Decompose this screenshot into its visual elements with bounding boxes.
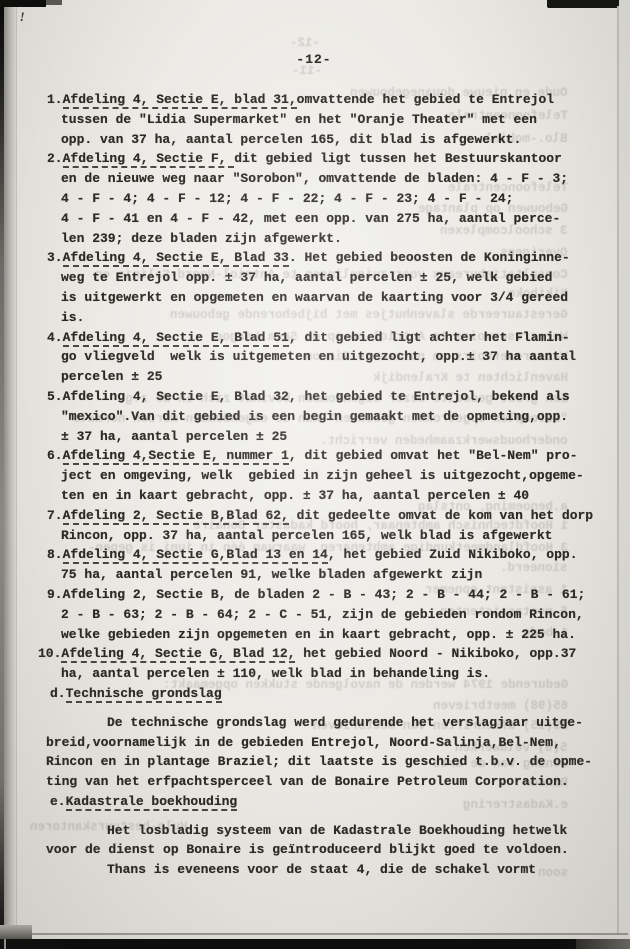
text-line: ha, aantal percelen ± 110, welk blad in … (38, 664, 594, 684)
text-segment: ± 37 ha, aantal percelen ± 25 (61, 429, 287, 444)
scan-edge-bottom-fade (576, 939, 630, 949)
text-segment: 75 ha, aantal percelen 91, welke bladen … (61, 567, 482, 582)
underlined-text: Afdeling 4, Sectie E, Blad 33 (63, 250, 289, 267)
text-segment: De technische grondslag werd gedurende h… (107, 715, 583, 730)
text-line: Het losbladig systeem van de Kadastrale … (38, 821, 594, 841)
underlined-text: Afdeling 2, Sectie B,Blad 62, (63, 508, 289, 525)
text-line: ject en omgeving, welk gebied in zijn ge… (38, 466, 594, 486)
text-segment: Afdeling 2, Sectie B, de bladen 2 - B - … (63, 587, 586, 602)
text-segment: ten en in kaart gebracht, opp. ± 37 ha, … (61, 488, 529, 503)
text-segment: 5. (47, 389, 63, 404)
text-segment: ha, aantal percelen ± 110, welk blad in … (61, 666, 490, 681)
text-line: 2.Afdeling 4, Sectie F, dit gebied ligt … (38, 149, 594, 169)
text-line: tussen de "Lidia Supermarket" en het "Or… (38, 110, 594, 130)
underlined-text: Afdeling 4, Sectie F, (63, 151, 235, 168)
text-segment: , het gebied Zuid Nikiboko, opp. (328, 547, 578, 562)
text-segment: , dit gebied omvat het "Bel-Nem" pro- (289, 448, 578, 463)
text-segment: ting van het erfpachtsperceel van de Bon… (46, 774, 569, 789)
scan-edge-bottom (6, 939, 576, 949)
text-segment: Rincon, opp. 37 ha, aantal percelen 165,… (61, 528, 552, 543)
underlined-text: Kadastrale boekhouding (66, 794, 238, 811)
text-segment: 4 - F - 4; 4 - F - 12; 4 - F - 22; 4 - F… (61, 191, 513, 206)
text-line: Thans is eveneens voor de staat 4, die d… (38, 860, 594, 880)
page-edge-right-tone (619, 0, 630, 949)
text-segment: 4. (47, 330, 63, 345)
text-segment: e. (50, 794, 66, 809)
text-segment: 2 - B - 63; 2 - B - 64; 2 - C - 51, zijn… (61, 607, 584, 622)
text-line: en de nieuwe weg naar "Sorobon", omvatte… (38, 169, 594, 189)
text-segment: . Het gebied beoosten de Koninginne- (289, 250, 570, 265)
scan-edge-top-right (547, 0, 624, 8)
text-segment: tussen de "Lidia Supermarket" en het "Or… (61, 112, 537, 127)
text-segment: omvattende het gebied te Entrejol (297, 92, 554, 107)
text-line: Rincon en in plantage Braziel; dit laats… (38, 752, 594, 772)
text-segment: Het losbladig systeem van de Kadastrale … (107, 823, 567, 838)
text-line: 9.Afdeling 2, Sectie B, de bladen 2 - B … (38, 585, 594, 605)
book-gutter-shadow (4, 0, 16, 949)
text-segment: go vliegveld welk is uitgemeten en uitge… (61, 349, 576, 364)
text-segment: weg te Entrejol opp. ± 37 ha, aantal per… (61, 270, 552, 285)
text-line: len 239; deze bladen zijn afgewerkt. (38, 229, 594, 249)
bleedthrough-text: -12- (290, 36, 320, 51)
text-line: 1.Afdeling 4, Sectie E, blad 31,omvatten… (38, 90, 594, 110)
underlined-text: Afdeling 4, Sectie E, blad 31, (63, 92, 297, 109)
text-line: 10.Afdeling 4, Sectie G, Blad 12, het ge… (38, 644, 594, 664)
underlined-text: Afdeling 4, Sectie G, Blad 12, (61, 646, 295, 663)
text-line: d.Technische grondslag (38, 684, 594, 704)
text-segment: 8. (47, 547, 63, 562)
text-line: ten en in kaart gebracht, opp. ± 37 ha, … (38, 486, 594, 506)
text-segment: dit gedeelte omvat de kom van het dorp (289, 508, 593, 523)
text-segment: "mexico".Van dit gebied is een begin gem… (61, 409, 568, 424)
text-segment: Thans is eveneens voor de staat 4, die d… (107, 862, 536, 877)
text-segment: 4 - F - 41 en 4 - F - 42, met een opp. v… (61, 211, 560, 226)
typed-text-block: 1.Afdeling 4, Sectie E, blad 31,omvatten… (38, 90, 594, 880)
scan-edge-top-left (0, 0, 46, 7)
underlined-text: Technische grondslag (66, 686, 222, 703)
text-line: opp. van 37 ha, aantal percelen 165, dit… (38, 130, 594, 150)
gutter-line (16, 0, 17, 949)
scanned-page: -12--11-Oude en nieuwe douanegebouwenTel… (0, 0, 630, 949)
text-segment: en de nieuwe weg naar "Sorobon", omvatte… (61, 171, 568, 186)
text-line: go vliegveld welk is uitgemeten en uitge… (38, 347, 594, 367)
text-segment: 2. (47, 151, 63, 166)
text-line: weg te Entrejol opp. ± 37 ha, aantal per… (38, 268, 594, 288)
text-segment: is. (61, 310, 84, 325)
underlined-text: Afdeling 4, Sectie E, Blad 51 (63, 330, 289, 347)
text-segment: 9. (47, 587, 63, 602)
text-segment: Afdeling 4, Sectie E, Blad 32, het gebie… (63, 389, 570, 404)
text-line: "mexico".Van dit gebied is een begin gem… (38, 407, 594, 427)
text-segment: welke gebieden zijn opgemeten en in kaar… (61, 627, 576, 642)
text-segment: , dit gebied ligt achter het Flamin- (289, 330, 570, 345)
text-segment: 3. (47, 250, 63, 265)
margin-mark: ! (19, 10, 26, 25)
text-line: 2 - B - 63; 2 - B - 64; 2 - C - 51, zijn… (38, 605, 594, 625)
text-line: 8.Afdeling 4, Sectie G,Blad 13 en 14, he… (38, 545, 594, 565)
text-segment: Rincon en in plantage Braziel; dit laats… (46, 754, 592, 769)
text-line: 7.Afdeling 2, Sectie B,Blad 62, dit gede… (38, 506, 594, 526)
text-line: Rincon, opp. 37 ha, aantal percelen 165,… (38, 526, 594, 546)
text-line: percelen ± 25 (38, 367, 594, 387)
text-line: 5.Afdeling 4, Sectie E, Blad 32, het geb… (38, 387, 594, 407)
text-line: is. (38, 308, 594, 328)
text-segment: opp. van 37 ha, aantal percelen 165, dit… (61, 132, 521, 147)
text-line: e.Kadastrale boekhouding (38, 792, 594, 812)
text-segment: het gebied Noord - Nikiboko, opp.37 (295, 646, 576, 661)
page-number: -12- (38, 52, 590, 68)
text-line: De technische grondslag werd gedurende h… (38, 713, 594, 733)
page-bottom-edge-line (4, 933, 628, 935)
text-line: 4 - F - 41 en 4 - F - 42, met een opp. v… (38, 209, 594, 229)
text-segment: 1. (47, 92, 63, 107)
text-segment: breid,voornamelijk in de gebieden Entrej… (46, 735, 561, 750)
underlined-text: Afdeling 4, Sectie G,Blad 13 en 14 (63, 547, 328, 564)
text-line: ting van het erfpachtsperceel van de Bon… (38, 772, 594, 792)
text-line: 3.Afdeling 4, Sectie E, Blad 33. Het geb… (38, 248, 594, 268)
text-line: 6.Afdeling 4,Sectie E, nummer 1, dit geb… (38, 446, 594, 466)
scan-edge-top-left-fade (46, 0, 62, 5)
text-segment: d. (50, 686, 66, 701)
page-edge-right-line (617, 6, 619, 934)
text-segment: 10. (38, 646, 61, 661)
text-segment: dit gebied ligt tussen het Bestuurskanto… (234, 151, 562, 166)
text-line: breid,voornamelijk in de gebieden Entrej… (38, 733, 594, 753)
text-segment: 6. (47, 448, 63, 463)
underlined-text: Afdeling 4,Sectie E, nummer 1 (63, 448, 289, 465)
text-segment: ject en omgeving, welk gebied in zijn ge… (61, 468, 584, 483)
text-line: 75 ha, aantal percelen 91, welke bladen … (38, 565, 594, 585)
text-segment: voor de dienst op Bonaire is geïntroduce… (46, 842, 569, 857)
text-segment: len 239; deze bladen zijn afgewerkt. (61, 231, 342, 246)
text-line: 4.Afdeling 4, Sectie E, Blad 51, dit geb… (38, 328, 594, 348)
scan-corner-bottom-left (0, 925, 32, 939)
text-line: voor de dienst op Bonaire is geïntroduce… (38, 840, 594, 860)
text-line: ± 37 ha, aantal percelen ± 25 (38, 427, 594, 447)
text-segment: 7. (47, 508, 63, 523)
text-line: 4 - F - 4; 4 - F - 12; 4 - F - 22; 4 - F… (38, 189, 594, 209)
text-segment: percelen ± 25 (61, 369, 162, 384)
text-segment: is uitgewerkt en opgemeten en waarvan de… (61, 290, 568, 305)
text-line: welke gebieden zijn opgemeten en in kaar… (38, 625, 594, 645)
text-line: is uitgewerkt en opgemeten en waarvan de… (38, 288, 594, 308)
